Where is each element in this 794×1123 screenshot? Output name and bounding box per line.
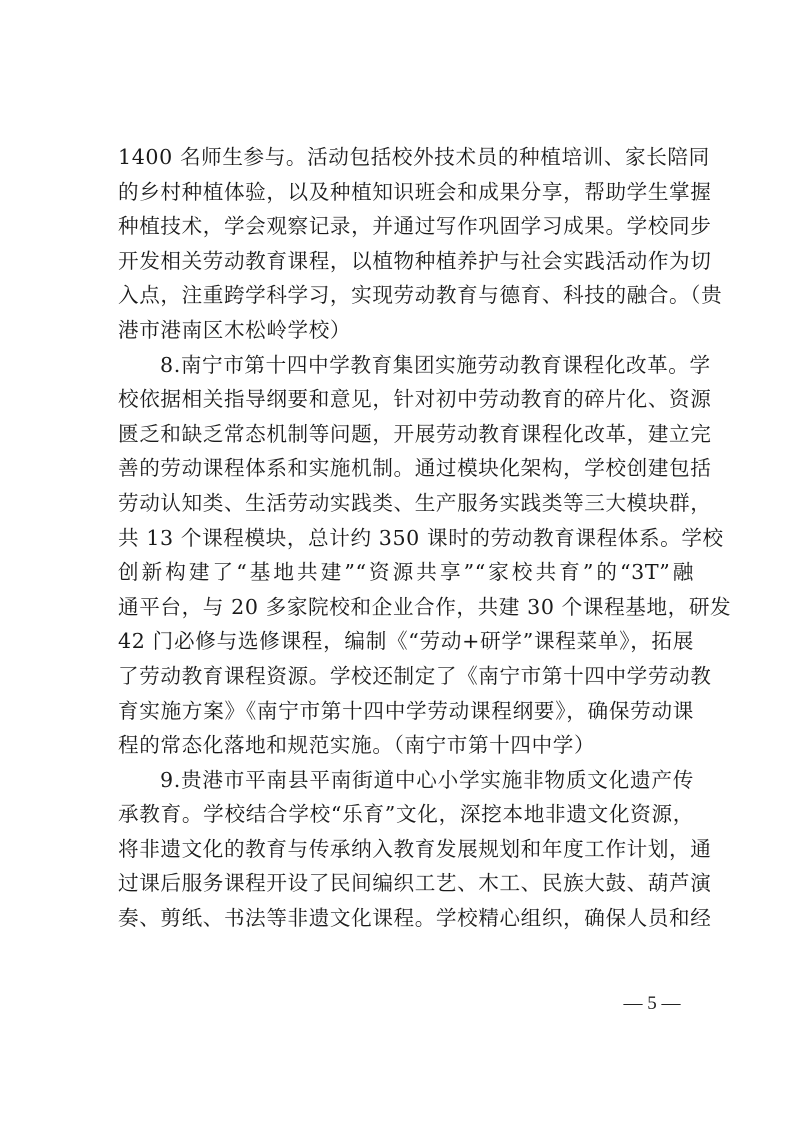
text-line: 过课后服务课程开设了民间编织工艺、木工、民族大鼓、葫芦演: [118, 866, 694, 901]
paragraph-item-8: 8.南宁市第十四中学教育集团实施劳动教育课程化改革。学 校依据相关指导纲要和意见…: [118, 348, 694, 763]
text-line: 入点，注重跨学科学习，实现劳动教育与德育、科技的融合。（贵: [118, 278, 694, 313]
document-body: 1400 名师生参与。活动包括校外技术员的种植培训、家长陪同 的乡村种植体验，以…: [118, 140, 694, 936]
text-line: 校依据相关指导纲要和意见，针对初中劳动教育的碎片化、资源: [118, 382, 694, 417]
text-line: 港市港南区木松岭学校）: [118, 313, 694, 348]
text-line: 1400 名师生参与。活动包括校外技术员的种植培训、家长陪同: [118, 140, 694, 175]
text-line: 承教育。学校结合学校“乐育”文化，深挖本地非遗文化资源，: [118, 797, 694, 832]
item-9-heading-line: 9.贵港市平南县平南街道中心小学实施非物质文化遗产传: [118, 763, 694, 798]
text-line: 通平台，与 20 多家院校和企业合作，共建 30 个课程基地，研发: [118, 590, 694, 625]
text-line: 育实施方案》《南宁市第十四中学劳动课程纲要》，确保劳动课: [118, 694, 694, 729]
text-line: 奏、剪纸、书法等非遗文化课程。学校精心组织，确保人员和经: [118, 901, 694, 936]
item-8-heading-line: 8.南宁市第十四中学教育集团实施劳动教育课程化改革。学: [118, 348, 694, 383]
paragraph-item-9: 9.贵港市平南县平南街道中心小学实施非物质文化遗产传 承教育。学校结合学校“乐育…: [118, 763, 694, 936]
text-line: 种植技术，学会观察记录，并通过写作巩固学习成果。学校同步: [118, 209, 694, 244]
text-line: 创新构建了“基地共建”“资源共享”“家校共育”的“3T”融: [118, 555, 694, 590]
text-line: 的乡村种植体验，以及种植知识班会和成果分享，帮助学生掌握: [118, 175, 694, 210]
text-line: 劳动认知类、生活劳动实践类、生产服务实践类等三大模块群，: [118, 486, 694, 521]
text-line: 了劳动教育课程资源。学校还制定了《南宁市第十四中学劳动教: [118, 659, 694, 694]
text-line: 匮乏和缺乏常态机制等问题，开展劳动教育课程化改革，建立完: [118, 417, 694, 452]
text-line: 42 门必修与选修课程，编制《“劳动+研学”课程菜单》，拓展: [118, 624, 694, 659]
text-line: 共 13 个课程模块，总计约 350 课时的劳动教育课程体系。学校: [118, 521, 694, 556]
text-line: 将非遗文化的教育与传承纳入教育发展规划和年度工作计划，通: [118, 832, 694, 867]
page-number: — 5 —: [612, 990, 692, 1018]
text-line: 善的劳动课程体系和实施机制。通过模块化架构，学校创建包括: [118, 451, 694, 486]
text-line: 程的常态化落地和规范实施。（南宁市第十四中学）: [118, 728, 694, 763]
paragraph-continued: 1400 名师生参与。活动包括校外技术员的种植培训、家长陪同 的乡村种植体验，以…: [118, 140, 694, 348]
text-line: 开发相关劳动教育课程，以植物种植养护与社会实践活动作为切: [118, 244, 694, 279]
